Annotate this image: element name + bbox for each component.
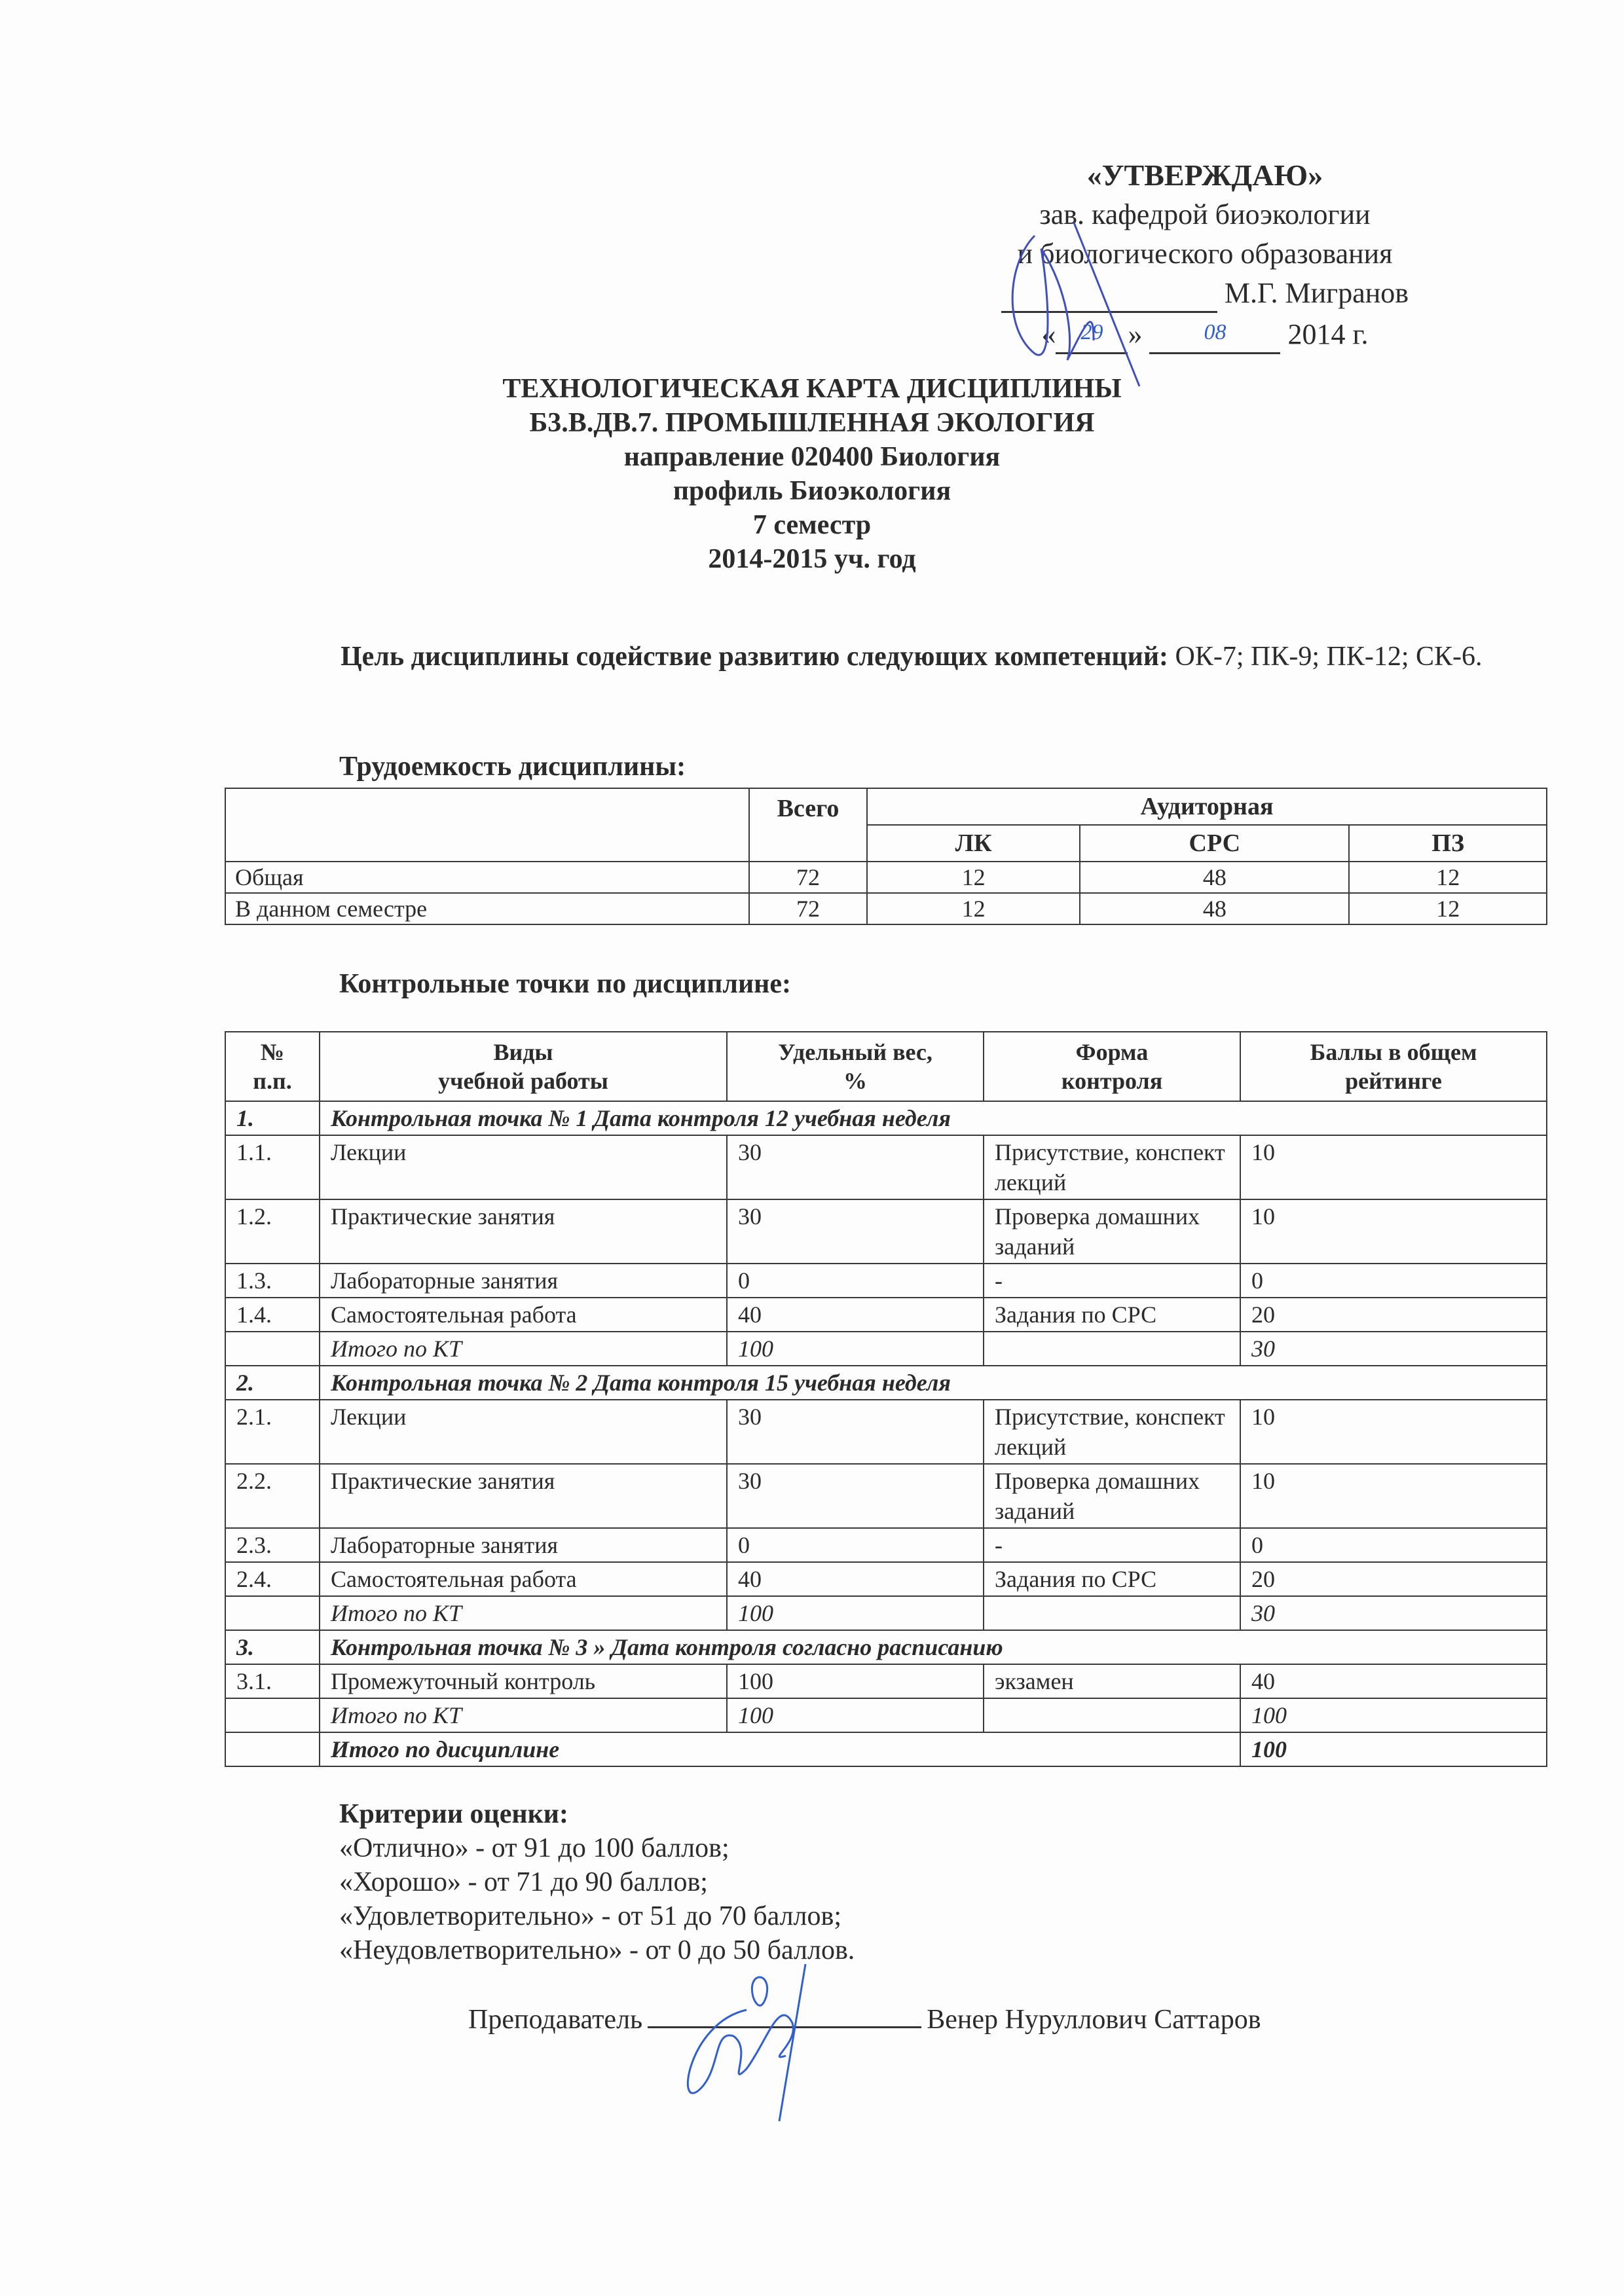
- header-score: Баллы в общемрейтинге: [1240, 1032, 1547, 1101]
- row-number: 2.3.: [225, 1528, 320, 1562]
- row-weight: 0: [727, 1528, 984, 1562]
- workload-header-total: Всего: [749, 788, 867, 862]
- row-kind: Итого по КТ: [320, 1596, 727, 1630]
- workload-row-name: Общая: [225, 862, 749, 893]
- control-label: Контрольные точки по дисциплине:: [339, 966, 791, 1002]
- row-form: Проверка домашних заданий: [984, 1464, 1240, 1528]
- title-semester: 7 семестр: [0, 508, 1624, 542]
- criteria-item: «Удовлетворительно» - от 51 до 70 баллов…: [339, 1899, 855, 1933]
- title-direction: направление 020400 Биология: [0, 440, 1624, 474]
- row-score: 30: [1240, 1596, 1547, 1630]
- title-line2: Б3.В.ДВ.7. ПРОМЫШЛЕННАЯ ЭКОЛОГИЯ: [0, 406, 1624, 440]
- criteria-block: Критерии оценки: «Отлично» - от 91 до 10…: [339, 1797, 855, 1967]
- row-number: 2.2.: [225, 1464, 320, 1528]
- subtotal-row: Итого по КТ10030: [225, 1332, 1547, 1366]
- row-weight: 100: [727, 1698, 984, 1732]
- workload-pz: 12: [1349, 862, 1547, 893]
- row-weight: 40: [727, 1298, 984, 1332]
- subtotal-row: Итого по КТ100100: [225, 1698, 1547, 1732]
- row-kind: Практические занятия: [320, 1464, 727, 1528]
- control-point-section: 2.Контрольная точка № 2 Дата контроля 15…: [225, 1366, 1547, 1400]
- row-weight: 100: [727, 1664, 984, 1698]
- row-form: Присутствие, конспект лекций: [984, 1135, 1240, 1199]
- table-row: 3.1.Промежуточный контроль100экзамен40: [225, 1664, 1547, 1698]
- row-number: 3.1.: [225, 1664, 320, 1698]
- row-form: [984, 1698, 1240, 1732]
- row-form: экзамен: [984, 1664, 1240, 1698]
- row-score: 10: [1240, 1135, 1547, 1199]
- row-number: [225, 1732, 320, 1766]
- row-score: 10: [1240, 1464, 1547, 1528]
- row-form: -: [984, 1264, 1240, 1298]
- workload-srs: 48: [1080, 893, 1349, 924]
- row-number: 1.1.: [225, 1135, 320, 1199]
- row-form: Задания по СРС: [984, 1298, 1240, 1332]
- teacher-signature-icon: [674, 1958, 910, 2128]
- row-score: 10: [1240, 1400, 1547, 1464]
- row-weight: 30: [727, 1464, 984, 1528]
- row-kind: Лекции: [320, 1135, 727, 1199]
- section-title: Контрольная точка № 3 » Дата контроля со…: [320, 1630, 1547, 1664]
- workload-lk: 12: [867, 862, 1080, 893]
- control-points-table: №п.п. Видыучебной работы Удельный вес,% …: [225, 1031, 1547, 1767]
- approval-signature-icon: [995, 210, 1166, 393]
- control-point-section: 3.Контрольная точка № 3 » Дата контроля …: [225, 1630, 1547, 1664]
- teacher-label: Преподаватель: [468, 2005, 642, 2035]
- approval-signer: М.Г. Мигранов: [1225, 277, 1409, 309]
- discipline-total-row: Итого по дисциплине100: [225, 1732, 1547, 1766]
- row-form: Проверка домашних заданий: [984, 1199, 1240, 1264]
- workload-row: В данном семестре 72 12 48 12: [225, 893, 1547, 924]
- row-form: -: [984, 1528, 1240, 1562]
- workload-total: 72: [749, 862, 867, 893]
- row-kind: Практические занятия: [320, 1199, 727, 1264]
- table-row: 1.1.Лекции30Присутствие, конспект лекций…: [225, 1135, 1547, 1199]
- row-weight: 0: [727, 1264, 984, 1298]
- workload-total: 72: [749, 893, 867, 924]
- row-score: 20: [1240, 1562, 1547, 1596]
- header-weight: Удельный вес,%: [727, 1032, 984, 1101]
- row-number: 1.2.: [225, 1199, 320, 1264]
- row-score: 20: [1240, 1298, 1547, 1332]
- control-point-section: 1.Контрольная точка № 1 Дата контроля 12…: [225, 1101, 1547, 1135]
- header-number: №п.п.: [225, 1032, 320, 1101]
- workload-header-pz: ПЗ: [1349, 825, 1547, 862]
- workload-pz: 12: [1349, 893, 1547, 924]
- row-kind: Самостоятельная работа: [320, 1298, 727, 1332]
- row-kind: Лекции: [320, 1400, 727, 1464]
- row-score: 100: [1240, 1698, 1547, 1732]
- row-number: 1.4.: [225, 1298, 320, 1332]
- workload-lk: 12: [867, 893, 1080, 924]
- row-number: 3.: [225, 1630, 320, 1664]
- row-kind: Самостоятельная работа: [320, 1562, 727, 1596]
- row-score: 0: [1240, 1264, 1547, 1298]
- goal-label: Цель дисциплины содействие развитию след…: [341, 642, 1168, 672]
- section-title: Контрольная точка № 1 Дата контроля 12 у…: [320, 1101, 1547, 1135]
- date-year: 2014 г.: [1287, 318, 1368, 350]
- row-kind: Лабораторные занятия: [320, 1264, 727, 1298]
- row-weight: 30: [727, 1199, 984, 1264]
- workload-table: Всего Аудиторная ЛК СРС ПЗ Общая 72 12 4…: [225, 788, 1547, 925]
- workload-header-auditory: Аудиторная: [867, 788, 1547, 825]
- criteria-heading: Критерии оценки:: [339, 1797, 855, 1831]
- row-number: 2.: [225, 1366, 320, 1400]
- row-number: [225, 1698, 320, 1732]
- table-row: 2.3.Лабораторные занятия0-0: [225, 1528, 1547, 1562]
- row-kind: Итого по КТ: [320, 1332, 727, 1366]
- table-row: 2.1.Лекции30Присутствие, конспект лекций…: [225, 1400, 1547, 1464]
- document-page: «УТВЕРЖДАЮ» зав. кафедрой биоэкологии и …: [0, 0, 1624, 2296]
- workload-header-srs: СРС: [1080, 825, 1349, 862]
- approval-heading: «УТВЕРЖДАЮ»: [969, 156, 1441, 195]
- header-form: Формаконтроля: [984, 1032, 1240, 1101]
- table-row: 1.3.Лабораторные занятия0-0: [225, 1264, 1547, 1298]
- table-row: 1.4.Самостоятельная работа40Задания по С…: [225, 1298, 1547, 1332]
- goal-paragraph: Цель дисциплины содействие развитию след…: [246, 638, 1542, 675]
- row-score: 30: [1240, 1332, 1547, 1366]
- row-number: 2.4.: [225, 1562, 320, 1596]
- table-row: 1.2.Практические занятия30Проверка домаш…: [225, 1199, 1547, 1264]
- section-title: Контрольная точка № 2 Дата контроля 15 у…: [320, 1366, 1547, 1400]
- row-score: 0: [1240, 1528, 1547, 1562]
- document-title: ТЕХНОЛОГИЧЕСКАЯ КАРТА ДИСЦИПЛИНЫ Б3.В.ДВ…: [0, 372, 1624, 576]
- table-row: 2.2.Практические занятия30Проверка домаш…: [225, 1464, 1547, 1528]
- workload-header-lk: ЛК: [867, 825, 1080, 862]
- title-line1: ТЕХНОЛОГИЧЕСКАЯ КАРТА ДИСЦИПЛИНЫ: [0, 372, 1624, 406]
- row-number: [225, 1596, 320, 1630]
- row-form: [984, 1596, 1240, 1630]
- date-month: 08: [1149, 313, 1280, 354]
- row-kind: Итого по КТ: [320, 1698, 727, 1732]
- row-kind: Лабораторные занятия: [320, 1528, 727, 1562]
- workload-label: Трудоемкость дисциплины:: [339, 748, 686, 785]
- row-weight: 100: [727, 1596, 984, 1630]
- row-number: 1.: [225, 1101, 320, 1135]
- table-row: 2.4.Самостоятельная работа40Задания по С…: [225, 1562, 1547, 1596]
- workload-row: Общая 72 12 48 12: [225, 862, 1547, 893]
- subtotal-row: Итого по КТ10030: [225, 1596, 1547, 1630]
- title-profile: профиль Биоэкология: [0, 474, 1624, 508]
- workload-srs: 48: [1080, 862, 1349, 893]
- row-number: 2.1.: [225, 1400, 320, 1464]
- row-form: Задания по СРС: [984, 1562, 1240, 1596]
- row-kind: Промежуточный контроль: [320, 1664, 727, 1698]
- workload-header-empty: [225, 788, 749, 862]
- row-weight: 100: [727, 1332, 984, 1366]
- row-weight: 30: [727, 1400, 984, 1464]
- criteria-item: «Отлично» - от 91 до 100 баллов;: [339, 1831, 855, 1865]
- row-number: [225, 1332, 320, 1366]
- row-form: [984, 1332, 1240, 1366]
- row-score: 10: [1240, 1199, 1547, 1264]
- row-weight: 30: [727, 1135, 984, 1199]
- header-kind: Видыучебной работы: [320, 1032, 727, 1101]
- row-score: 40: [1240, 1664, 1547, 1698]
- title-year: 2014-2015 уч. год: [0, 542, 1624, 576]
- teacher-name: Венер Нуруллович Саттаров: [927, 2005, 1261, 2035]
- goal-value: ОК-7; ПК-9; ПК-12; СК-6.: [1168, 642, 1483, 672]
- workload-row-name: В данном семестре: [225, 893, 749, 924]
- row-kind: Итого по дисциплине: [320, 1732, 1240, 1766]
- row-form: Присутствие, конспект лекций: [984, 1400, 1240, 1464]
- row-score: 100: [1240, 1732, 1547, 1766]
- row-number: 1.3.: [225, 1264, 320, 1298]
- row-weight: 40: [727, 1562, 984, 1596]
- criteria-item: «Хорошо» - от 71 до 90 баллов;: [339, 1865, 855, 1899]
